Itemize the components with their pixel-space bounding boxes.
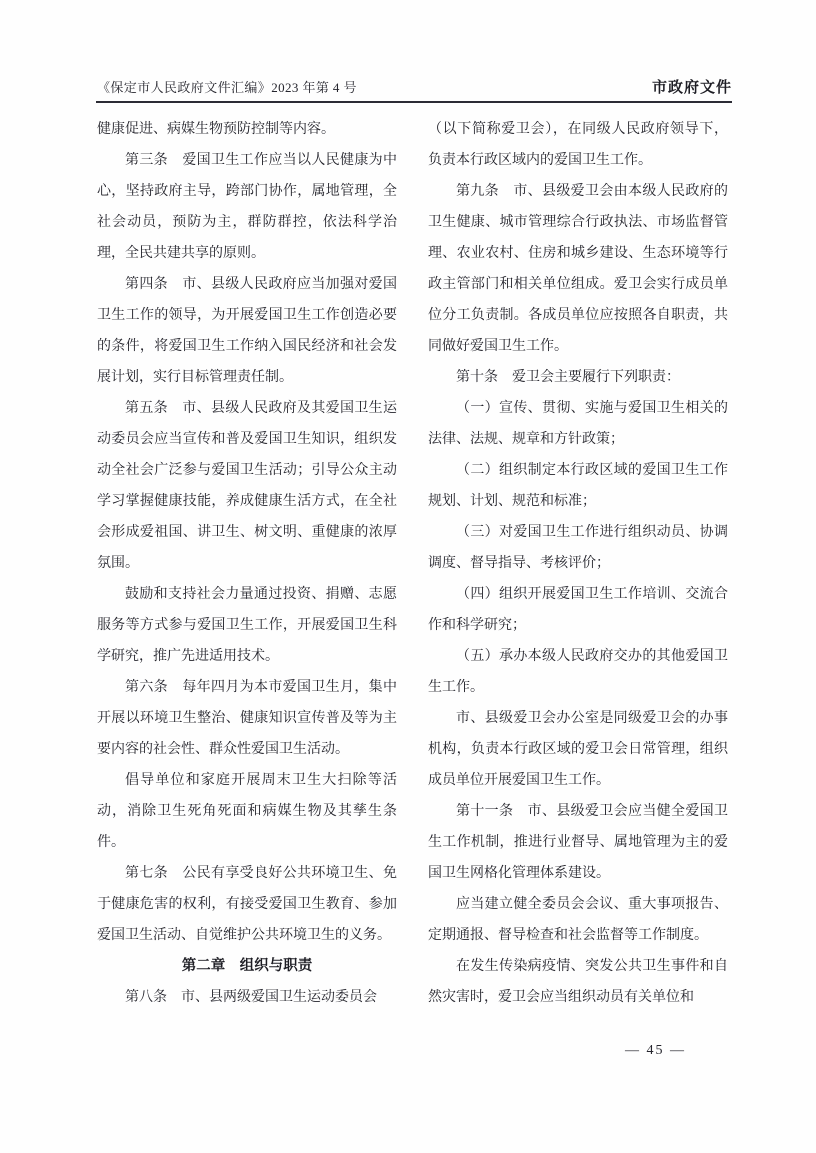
paragraph: （五）承办本级人民政府交办的其他爱国卫生工作。 <box>428 641 728 703</box>
page-footer: — 45 — <box>97 1041 728 1059</box>
right-column: （以下简称爱卫会），在同级人民政府领导下，负责本行政区域内的爱国卫生工作。 第九… <box>428 114 728 1013</box>
paragraph: （四）组织开展爱国卫生工作培训、交流合作和科学研究； <box>428 579 728 641</box>
paragraph: 鼓励和支持社会力量通过投资、捐赠、志愿服务等方式参与爱国卫生工作，开展爱国卫生科… <box>97 579 397 672</box>
paragraph: 第六条 每年四月为本市爱国卫生月，集中开展以环境卫生整治、健康知识宣传普及等为主… <box>97 672 397 765</box>
paragraph: 市、县级爱卫会办公室是同级爱卫会的办事机构，负责本行政区域的爱卫会日常管理，组织… <box>428 703 728 796</box>
document-page: 《保定市人民政府文件汇编》2023 年第 4 号 市政府文件 健康促进、病媒生物… <box>0 0 816 1153</box>
header-doc-category: 市政府文件 <box>652 76 732 97</box>
paragraph: （三）对爱国卫生工作进行组织动员、协调调度、督导指导、考核评价； <box>428 517 728 579</box>
paragraph: 倡导单位和家庭开展周末卫生大扫除等活动，消除卫生死角死面和病媒生物及其孳生条件。 <box>97 765 397 858</box>
paragraph: 健康促进、病媒生物预防控制等内容。 <box>97 114 397 145</box>
chapter-heading: 第二章 组织与职责 <box>97 951 397 982</box>
paragraph: （以下简称爱卫会），在同级人民政府领导下，负责本行政区域内的爱国卫生工作。 <box>428 114 728 176</box>
document-body: 健康促进、病媒生物预防控制等内容。 第三条 爱国卫生工作应当以人民健康为中心，坚… <box>97 114 728 1013</box>
paragraph: （二）组织制定本行政区域的爱国卫生工作规划、计划、规范和标准； <box>428 455 728 517</box>
header-rule <box>96 101 732 103</box>
paragraph: 第三条 爱国卫生工作应当以人民健康为中心，坚持政府主导，跨部门协作，属地管理，全… <box>97 145 397 269</box>
paragraph: 第七条 公民有享受良好公共环境卫生、免于健康危害的权利，有接受爱国卫生教育、参加… <box>97 858 397 951</box>
paragraph: 第九条 市、县级爱卫会由本级人民政府的卫生健康、城市管理综合行政执法、市场监督管… <box>428 176 728 362</box>
paragraph: （一）宣传、贯彻、实施与爱国卫生相关的法律、法规、规章和方针政策； <box>428 393 728 455</box>
paragraph: 第五条 市、县级人民政府及其爱国卫生运动委员会应当宣传和普及爱国卫生知识，组织发… <box>97 393 397 579</box>
page-header: 《保定市人民政府文件汇编》2023 年第 4 号 市政府文件 <box>97 76 732 97</box>
paragraph: 第十条 爱卫会主要履行下列职责： <box>428 362 728 393</box>
paragraph: 第十一条 市、县级爱卫会应当健全爱国卫生工作机制，推进行业督导、属地管理为主的爱… <box>428 796 728 889</box>
paragraph: 在发生传染病疫情、突发公共卫生事件和自然灾害时，爱卫会应当组织动员有关单位和 <box>428 951 728 1013</box>
left-column: 健康促进、病媒生物预防控制等内容。 第三条 爱国卫生工作应当以人民健康为中心，坚… <box>97 114 397 1013</box>
page-number: — 45 — <box>625 1043 728 1059</box>
paragraph: 第四条 市、县级人民政府应当加强对爱国卫生工作的领导，为开展爱国卫生工作创造必要… <box>97 269 397 393</box>
paragraph: 第八条 市、县两级爱国卫生运动委员会 <box>97 982 397 1013</box>
paragraph: 应当建立健全委员会会议、重大事项报告、定期通报、督导检查和社会监督等工作制度。 <box>428 889 728 951</box>
header-compilation-title: 《保定市人民政府文件汇编》2023 年第 4 号 <box>97 77 357 96</box>
